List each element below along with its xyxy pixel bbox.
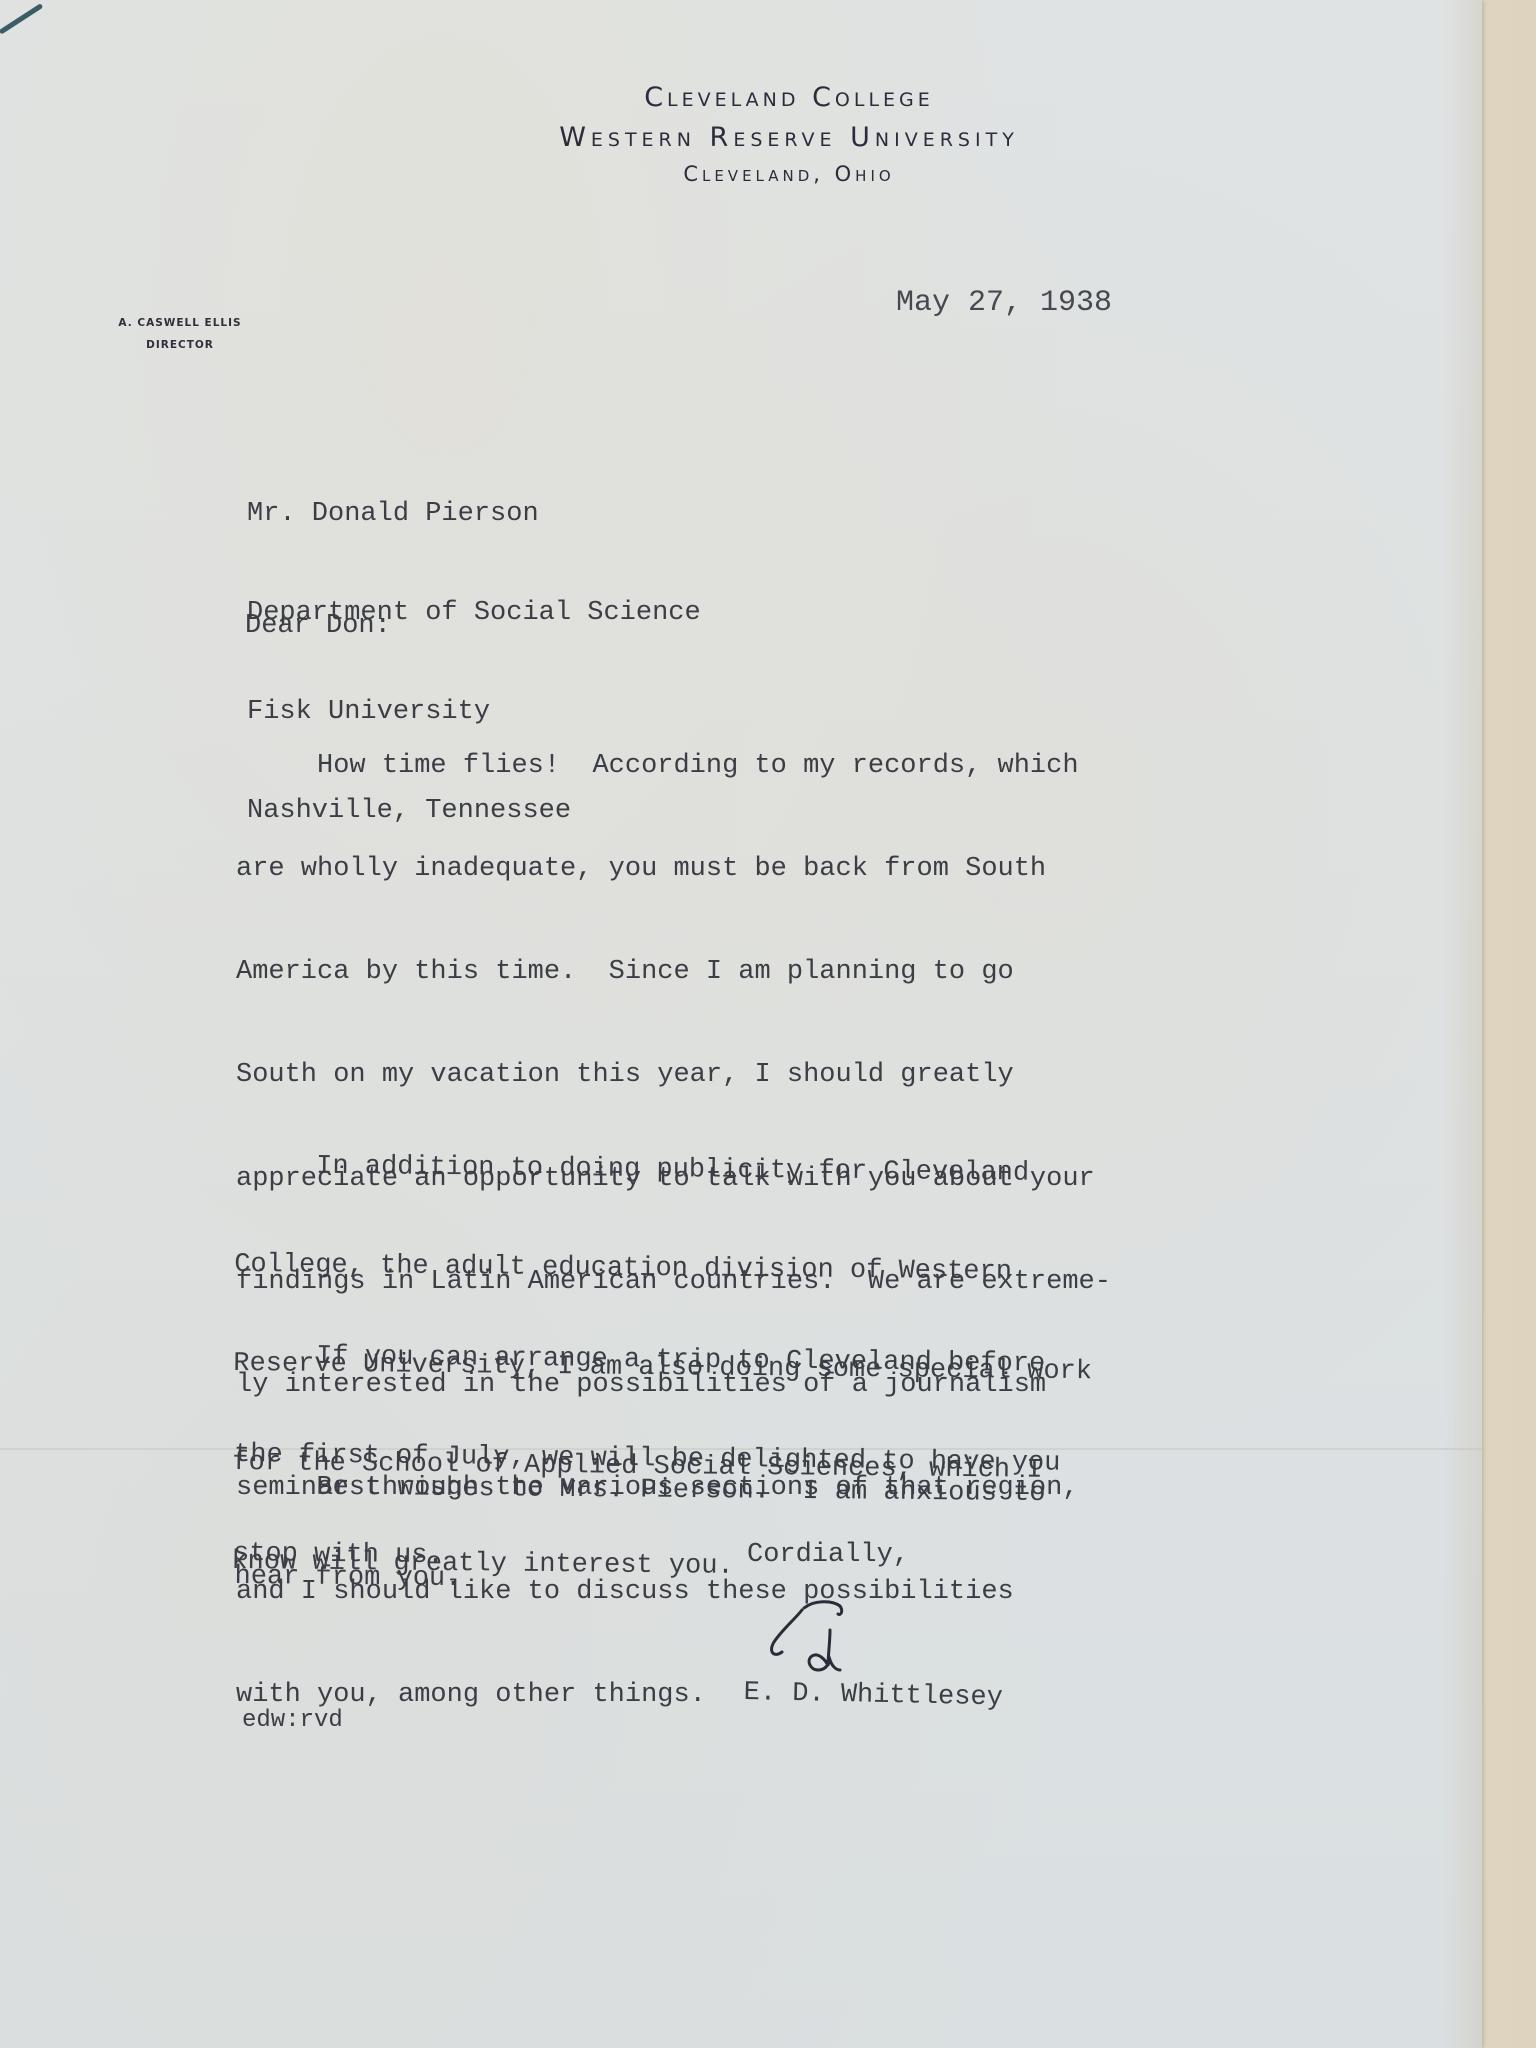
director-name: A. CASWELL ELLIS <box>110 312 250 334</box>
director-block: A. CASWELL ELLIS DIRECTOR <box>110 312 250 356</box>
text-line: How time flies! According to my records,… <box>236 749 1111 783</box>
reference-initials: edw:rvd <box>242 1704 343 1738</box>
closing: Cordially, <box>747 1538 909 1572</box>
letterhead-location: Cleveland, Ohio <box>48 162 1530 186</box>
signer-name: E. D. Whittlesey <box>743 1676 1003 1715</box>
pen-mark <box>0 3 43 34</box>
letterhead-institution: Cleveland College <box>48 82 1530 113</box>
text-line: Best wishes to Mrs. Pierson. I am anxiou… <box>235 1472 1045 1509</box>
text-line: are wholly inadequate, you must be back … <box>236 852 1111 886</box>
handwritten-signature-icon <box>752 1590 862 1680</box>
director-title: DIRECTOR <box>110 334 250 356</box>
salutation: Dear Don: <box>245 609 391 643</box>
letter-date: May 27, 1938 <box>896 286 1112 320</box>
letter-page: Cleveland College Western Reserve Univer… <box>0 0 1482 2048</box>
text-line: hear from you. <box>234 1562 1044 1599</box>
letterhead-university: Western Reserve University <box>48 122 1530 153</box>
text-line: America by this time. Since I am plannin… <box>236 955 1111 989</box>
address-line: Mr. Donald Pierson <box>247 498 701 531</box>
text-line: In addition to doing publicity for Cleve… <box>235 1150 1094 1191</box>
body-paragraph-4: Best wishes to Mrs. Pierson. I am anxiou… <box>234 1412 1046 1659</box>
text-line: If you can arrange a trip to Cleveland b… <box>235 1340 1062 1382</box>
